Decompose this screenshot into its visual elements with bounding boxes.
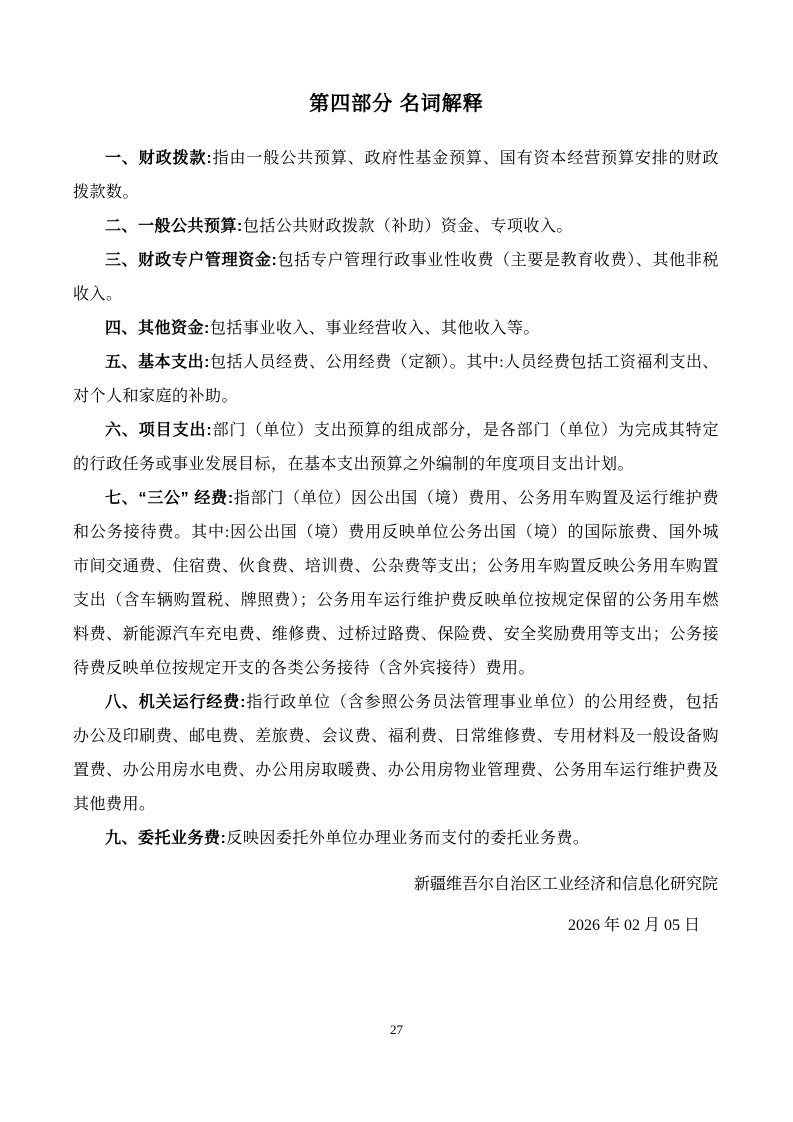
term-label: 二、一般公共预算: bbox=[105, 218, 243, 235]
term-definition: 指部门（单位）因公出国（境）费用、公务用车购置及运行维护费和公务接待费。其中:因… bbox=[73, 490, 719, 677]
term-definition: 指行政单位（含参照公务员法管理事业单位）的公用经费，包括办公及印刷费、邮电费、差… bbox=[73, 694, 719, 813]
term-label: 七、“三公” 经费: bbox=[105, 490, 234, 507]
document-page: 第四部分 名词解释 一、财政拨款:指由一般公共预算、政府性基金预算、国有资本经营… bbox=[0, 0, 793, 1122]
term-label: 五、基本支出: bbox=[105, 354, 210, 371]
term-label: 三、财政专户管理资金: bbox=[105, 252, 277, 269]
terms-list: 一、财政拨款:指由一般公共预算、政府性基金预算、国有资本经营预算安排的财政拨款数… bbox=[73, 142, 719, 856]
term-label: 一、财政拨款: bbox=[105, 150, 212, 167]
term-definition: 包括事业收入、事业经营收入、其他收入等。 bbox=[210, 320, 540, 337]
term-item: 九、委托业务费:反映因委托外单位办理业务而支付的委托业务费。 bbox=[73, 822, 719, 856]
term-item: 四、其他资金:包括事业收入、事业经营收入、其他收入等。 bbox=[73, 312, 719, 346]
term-item: 一、财政拨款:指由一般公共预算、政府性基金预算、国有资本经营预算安排的财政拨款数… bbox=[73, 142, 719, 210]
term-label: 九、委托业务费: bbox=[105, 830, 226, 847]
term-item: 二、一般公共预算:包括公共财政拨款（补助）资金、专项收入。 bbox=[73, 210, 719, 244]
term-item: 六、项目支出:部门（单位）支出预算的组成部分，是各部门（单位）为完成其特定的行政… bbox=[73, 414, 719, 482]
term-label: 八、机关运行经费: bbox=[105, 694, 246, 711]
document-title: 第四部分 名词解释 bbox=[0, 0, 793, 116]
page-number: 27 bbox=[0, 1022, 793, 1038]
signature-block: 新疆维吾尔自治区工业经济和信息化研究院 2026 年 02 月 05 日 bbox=[73, 864, 718, 946]
signature-date: 2026 年 02 月 05 日 bbox=[73, 905, 718, 946]
signature-organization: 新疆维吾尔自治区工业经济和信息化研究院 bbox=[73, 864, 718, 905]
term-definition: 包括公共财政拨款（补助）资金、专项收入。 bbox=[243, 218, 573, 235]
term-item: 八、机关运行经费:指行政单位（含参照公务员法管理事业单位）的公用经费，包括办公及… bbox=[73, 686, 719, 822]
term-item: 五、基本支出:包括人员经费、公用经费（定额）。其中:人员经费包括工资福利支出、对… bbox=[73, 346, 719, 414]
term-label: 四、其他资金: bbox=[105, 320, 210, 337]
term-label: 六、项目支出: bbox=[105, 422, 212, 439]
term-item: 三、财政专户管理资金:包括专户管理行政事业性收费（主要是教育收费）、其他非税收入… bbox=[73, 244, 719, 312]
term-definition: 反映因委托外单位办理业务而支付的委托业务费。 bbox=[226, 830, 589, 847]
term-item: 七、“三公” 经费:指部门（单位）因公出国（境）费用、公务用车购置及运行维护费和… bbox=[73, 482, 719, 686]
